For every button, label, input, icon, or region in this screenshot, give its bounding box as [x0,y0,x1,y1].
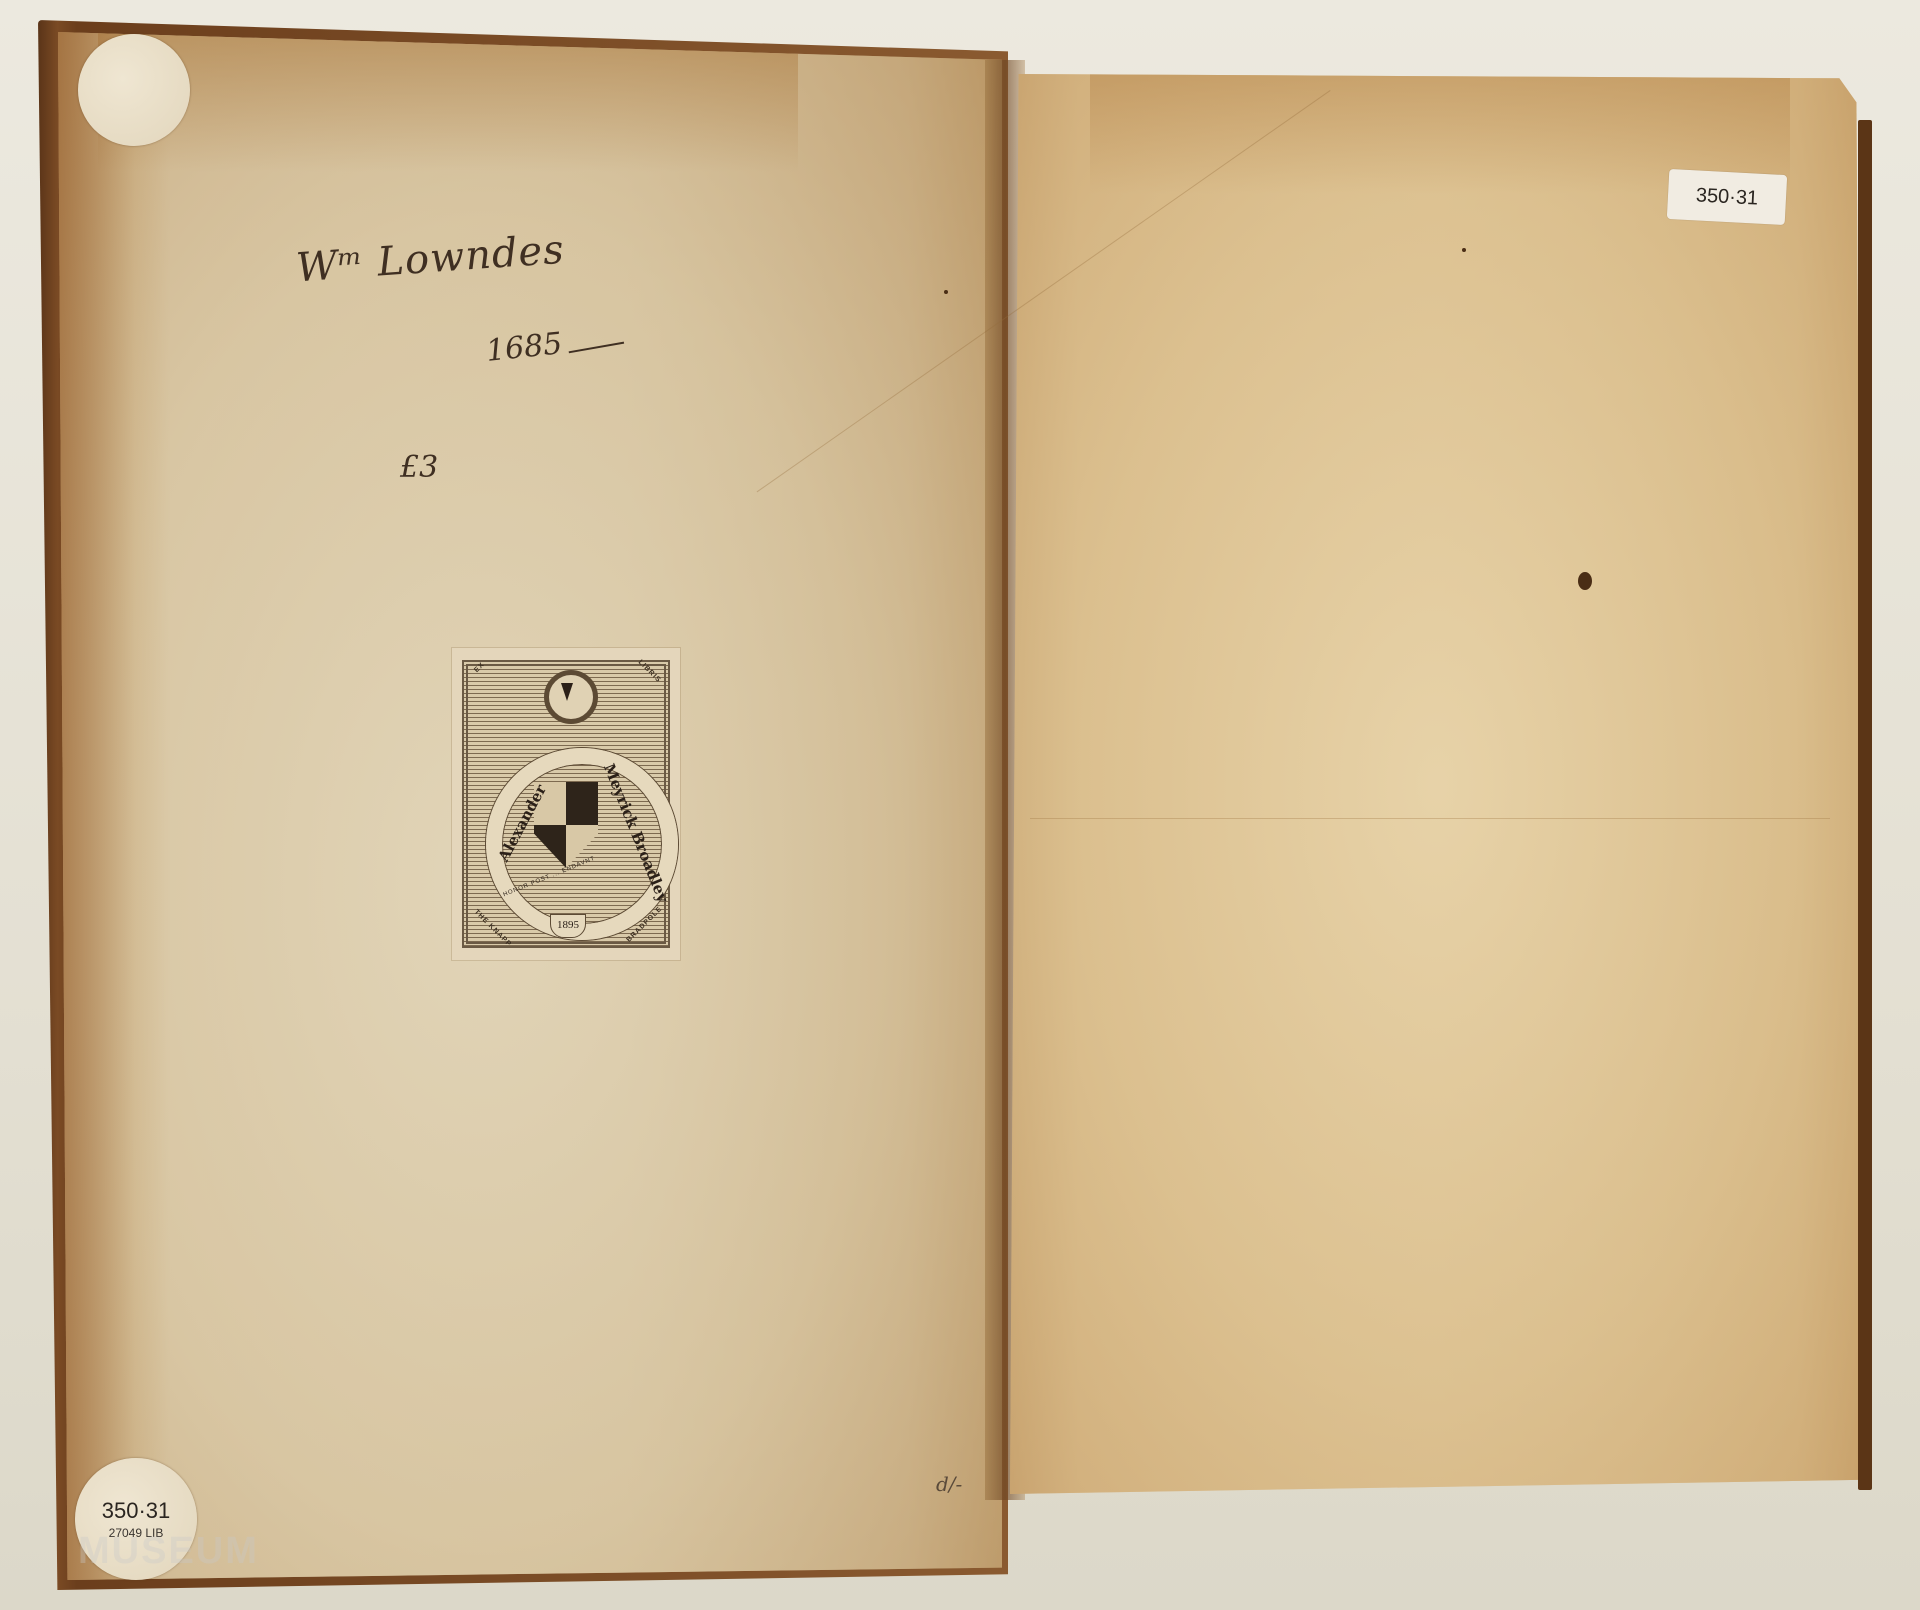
ink-speck [944,290,948,294]
right-cover-edge [1858,120,1872,1490]
museum-watermark: MUSEUM [78,1530,259,1573]
top-water-stain [98,32,798,172]
horizontal-crease [1030,818,1830,819]
right-shelf-label: 350·31 [1667,169,1787,225]
crest-wreath-icon [544,670,598,724]
corner-pencil-mark: d/- [936,1472,962,1496]
left-edge-stain [58,32,168,1580]
right-endpaper-page [1010,74,1865,1494]
ink-speck [1462,248,1466,252]
ink-spot [1578,572,1592,590]
bookplate-year: 1895 [550,914,586,938]
shelfmark-number: 350·31 [102,1498,171,1524]
price-mark: £3 [400,450,438,485]
armorial-bookplate: EX LIBRIS THE KNAPP BRADPOLE Alexander M… [452,648,680,960]
top-round-sticker [78,34,190,146]
